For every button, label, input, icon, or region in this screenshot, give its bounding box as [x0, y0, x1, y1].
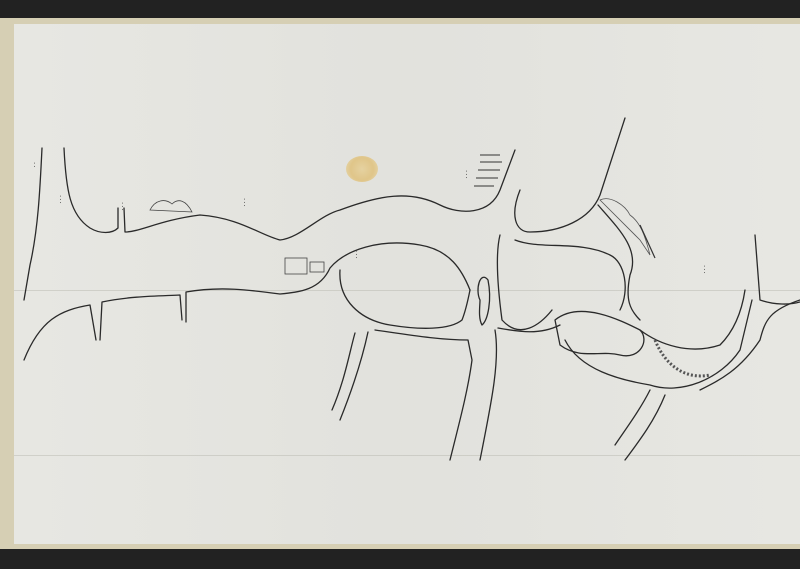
place-label: ··· [118, 202, 126, 212]
place-label: ··· [56, 195, 64, 205]
place-label: ··· [240, 198, 248, 208]
place-label: ·· [30, 162, 38, 168]
place-label: ··· [352, 250, 360, 260]
place-label: ··· [462, 170, 470, 180]
place-label: ··· [700, 265, 708, 275]
river-network [0, 0, 800, 569]
